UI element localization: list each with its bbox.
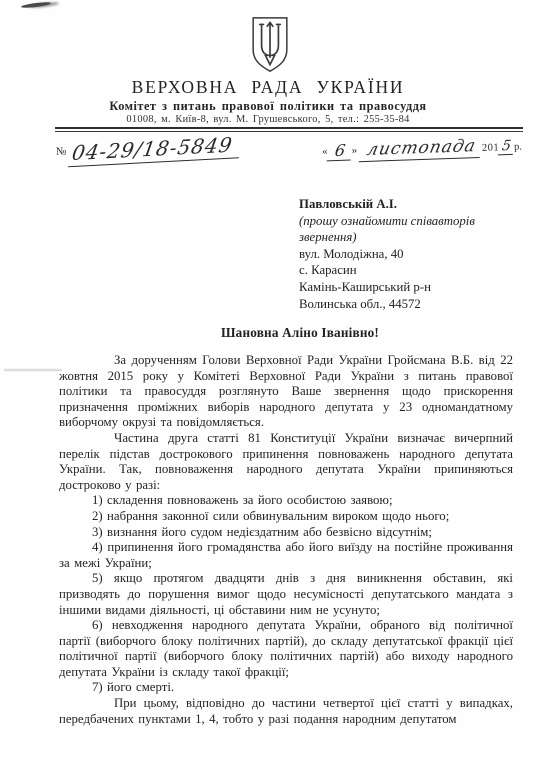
handwritten-day: 6	[326, 140, 353, 161]
pen-smudge-artifact	[21, 1, 51, 9]
recipient-region-zip: Волинська обл., 44572	[299, 296, 489, 313]
list-item: 6) невходження народного депутата Україн…	[59, 618, 513, 680]
list-item: 1) складення повноважень за його особист…	[59, 493, 513, 509]
recipient-district: Камінь-Каширський р-н	[299, 279, 489, 296]
printed-year: 201	[482, 142, 500, 154]
body-closing-paragraph: При цьому, відповідно до частини четверт…	[59, 696, 513, 727]
list-item: 3) визнання його судом недієздатним або …	[59, 525, 513, 541]
handwritten-month: листопада	[359, 136, 484, 162]
header-double-rule	[55, 127, 523, 132]
letter-body: За дорученням Голови Верховної Ради Укра…	[59, 353, 513, 727]
recipient-block: Павловській А.І. (прошу ознайомити співа…	[299, 196, 489, 312]
recipient-village: с. Карасин	[299, 262, 489, 279]
number-sign-label: №	[56, 145, 67, 158]
org-address: 01008, м. Київ-8, вул. М. Грушевського, …	[0, 114, 536, 125]
list-item: 5) якщо протягом двадцяти днів з дня вин…	[59, 571, 513, 618]
recipient-note: (прошу ознайомити співавторів звернення)	[299, 213, 489, 246]
handwritten-year-digit: 5	[498, 138, 515, 156]
list-item: 2) набрання законної сили обвинувальним …	[59, 509, 513, 525]
scanned-letter-page: ВЕРХОВНА РАДА УКРАЇНИ Комітет з питань п…	[0, 0, 536, 757]
year-suffix: р.	[514, 142, 522, 153]
salutation: Шановна Аліно Іванівно!	[88, 325, 512, 341]
org-name: ВЕРХОВНА РАДА УКРАЇНИ	[0, 77, 536, 98]
ukraine-trident-emblem-icon	[246, 16, 294, 74]
reference-date: «6»листопада2015р.	[322, 135, 523, 164]
reference-number: №04-29/18-5849	[55, 132, 240, 168]
body-paragraph: За дорученням Голови Верховної Ради Укра…	[59, 353, 513, 431]
recipient-name: Павловській А.І.	[299, 196, 489, 213]
scan-artifact-line	[4, 369, 62, 371]
committee-name: Комітет з питань правової політики та пр…	[0, 99, 536, 114]
list-item: 7) його смерті.	[59, 680, 513, 696]
recipient-street: вул. Молодіжна, 40	[299, 246, 489, 263]
body-paragraph: Частина друга статті 81 Конституції Укра…	[59, 431, 513, 493]
list-item: 4) припинення його громадянства або його…	[59, 540, 513, 571]
handwritten-reference-number: 04-29/18-5849	[68, 132, 242, 167]
